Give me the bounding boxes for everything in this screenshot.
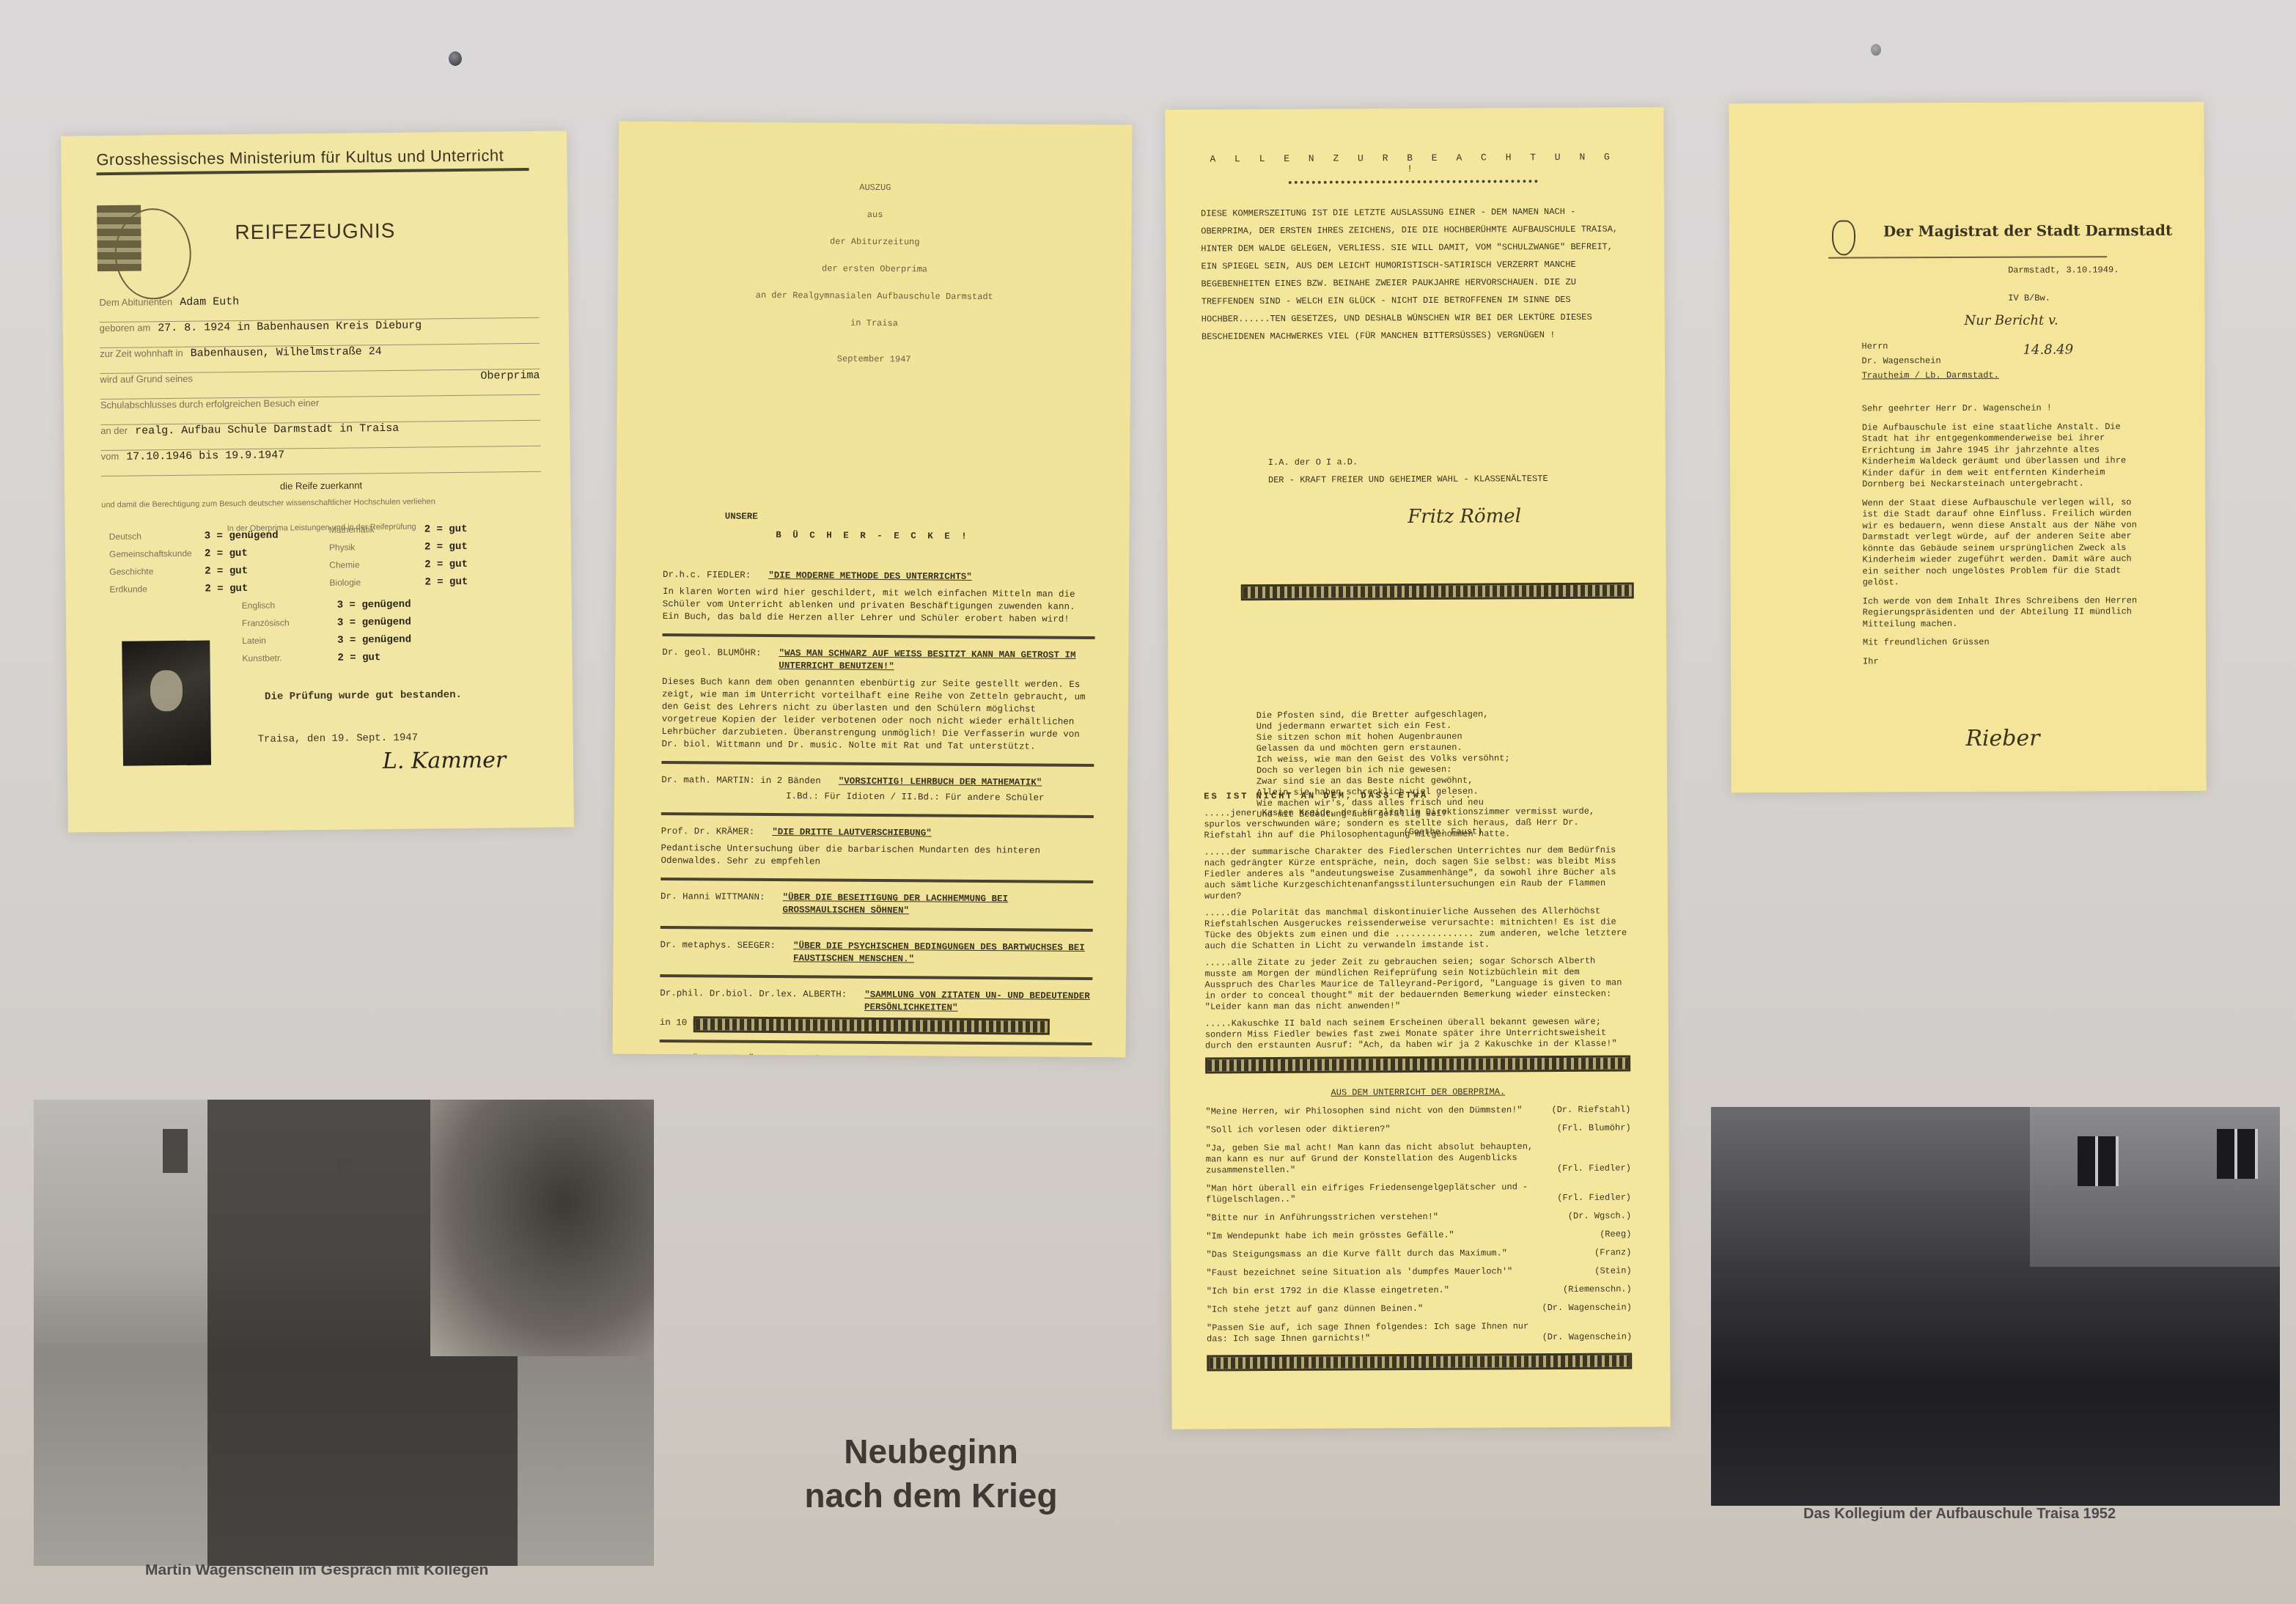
letter-body: Sehr geehrter Herr Dr. Wagenschein ! Die… <box>1862 402 2141 674</box>
quote-row: "Bitte nur in Anführungsstrichen versteh… <box>1206 1210 1631 1224</box>
handwritten-date: 14.8.49 <box>2023 344 2074 356</box>
ministry-heading: Grosshessisches Ministerium für Kultus u… <box>96 146 529 175</box>
grade-row: Erdkunde2 = gut <box>109 583 248 596</box>
quote-row: "Ich stehe jetzt auf ganz dünnen Beinen.… <box>1207 1302 1632 1315</box>
seal-icon <box>114 208 191 300</box>
personal-fields: Dem AbiturientenAdam Euth geboren am27. … <box>99 293 541 534</box>
pin-icon <box>449 51 462 66</box>
section-title: UNSERE B Ü C H E R - E C K E ! <box>616 510 1129 545</box>
grade-row: Biologie2 = gut <box>329 576 468 589</box>
abiturzeitung-document: AUSZUG aus der Abiturzeitung der ersten … <box>613 122 1133 1058</box>
book-list: Dr.h.c. FIEDLER:"DIE MODERNE METHODE DES… <box>659 569 1096 1057</box>
grade-row: Deutsch3 = genügend <box>109 530 279 543</box>
grade-row: Geschichte2 = gut <box>109 565 248 578</box>
grade-row: Chemie2 = gut <box>329 559 468 572</box>
grade-row: Physik2 = gut <box>329 541 468 554</box>
book-entry: Dr. metaphys. SEEGER:"ÜBER DIE PSYCHISCH… <box>660 939 1092 967</box>
quote-row: "Soll ich vorlesen oder diktieren?"(Frl.… <box>1206 1122 1631 1136</box>
book-entry: Dr.h.c. FIEDLER:"DIE MODERNE METHODE DES… <box>663 569 1096 626</box>
reifezeugnis-document: Grosshessisches Ministerium für Kultus u… <box>61 130 574 832</box>
rights-text: und damit die Berechtigung zum Besuch de… <box>101 496 541 509</box>
photo-wagenschein-colleagues <box>34 1100 654 1566</box>
exam-result: Die Prüfung wurde gut bestanden. <box>265 689 462 703</box>
grade-row: Mathematik2 = gut <box>329 523 468 537</box>
photo-caption: Das Kollegium der Aufbauschule Traisa 19… <box>1803 1506 2116 1523</box>
decorative-border <box>1207 1353 1632 1371</box>
signature: L. Kammer <box>383 747 507 774</box>
quote-row: "Im Wendepunkt habe ich mein grösstes Ge… <box>1206 1229 1631 1242</box>
quote-row: "Ich bin erst 1792 in die Klasse eingetr… <box>1207 1284 1632 1297</box>
signature: Fritz Römel <box>1202 509 1671 524</box>
place-date: Traisa, den 19. Sept. 1947 <box>258 732 419 746</box>
grade-row: Latein3 = genügend <box>242 634 411 647</box>
book-entry: Karl GÖBEL"FRÜHE GEDICHTE" Dieses gewich… <box>659 1053 1092 1057</box>
quote-row: "Faust bezeichnet seine Situation als 'd… <box>1207 1265 1632 1279</box>
magistrat-letter: Der Magistrat der Stadt Darmstadt Darmst… <box>1729 102 2206 792</box>
handwritten-note: Nur Bericht v. <box>1964 315 2058 327</box>
maturity-text: die Reife zuerkannt <box>101 478 541 493</box>
quote-row: "Das Steigungsmass an die Kurve fällt du… <box>1206 1247 1631 1260</box>
letter-date: Darmstadt, 3.10.1949. <box>2008 265 2119 276</box>
kommerszeitung-document: A L L E N Z U R B E A C H T U N G ! DIES… <box>1165 107 1670 1430</box>
student-portrait <box>122 641 211 766</box>
book-entry: Dr. Hanni WITTMANN:"ÜBER DIE BESEITIGUNG… <box>661 891 1093 919</box>
field-row: vom17.10.1946 bis 19.9.1947 <box>101 446 541 477</box>
photo-kollegium-1952 <box>1711 1107 2280 1506</box>
grade-row: Französisch3 = genügend <box>242 617 411 630</box>
coat-of-arms-icon <box>1832 221 1855 256</box>
recipient-address: Herrn Dr. Wagenschein Trautheim / Lb. Da… <box>1861 339 1998 383</box>
heading: A L L E N Z U R B E A C H T U N G ! <box>1201 152 1626 176</box>
quote-row: "Passen Sie auf, ich sage Ihnen folgende… <box>1207 1320 1632 1344</box>
grade-row: Englisch3 = genügend <box>242 599 411 612</box>
decorative-border <box>1241 582 1634 600</box>
grade-row: Gemeinschaftskunde2 = gut <box>109 548 248 561</box>
newspaper-header: AUSZUG aus der Abiturzeitung der ersten … <box>617 173 1132 375</box>
document-heading: REIFEZEUGNIS <box>235 219 395 244</box>
signature: Rieber <box>1965 733 2039 745</box>
book-entry: Dr. geol. BLUMÖHR:"WAS MAN SCHWARZ AUF W… <box>661 647 1094 754</box>
quote-row: "Man hört überall ein eifriges Friedense… <box>1206 1181 1631 1205</box>
quote-row: "Meine Herren, wir Philosophen sind nich… <box>1205 1104 1630 1117</box>
reference: IV B/Bw. <box>2008 293 2050 305</box>
quote-row: "Ja, geben Sie mal acht! Man kann das ni… <box>1206 1141 1631 1176</box>
signatory: I.A. der O I a.D. DER - KRAFT FREIER UND… <box>1202 452 1671 490</box>
decorative-border <box>693 1016 1050 1034</box>
book-entry: Dr. math. MARTIN: in 2 Bänden"VORSICHTIG… <box>661 774 1094 805</box>
section-not-that: ES IST NICHT AN DEM, DASS ETWA . . . ...… <box>1204 789 1632 1371</box>
intro-text: DIESE KOMMERSZEITUNG IST DIE LETZTE AUSL… <box>1201 203 1627 346</box>
letterhead: Der Magistrat der Stadt Darmstadt <box>1883 225 2172 238</box>
decorative-border <box>1205 1055 1630 1073</box>
exhibit-title: Neubeginn nach dem Krieg <box>740 1430 1122 1517</box>
pin-icon <box>1871 44 1881 56</box>
book-entry: Prof. Dr. KRÄMER:"DIE DRITTE LAUTVERSCHI… <box>661 825 1093 870</box>
photo-caption: Martin Wagenschein im Gespräch mit Kolle… <box>145 1561 488 1579</box>
grade-row: Kunstbetr.2 = gut <box>242 652 380 665</box>
